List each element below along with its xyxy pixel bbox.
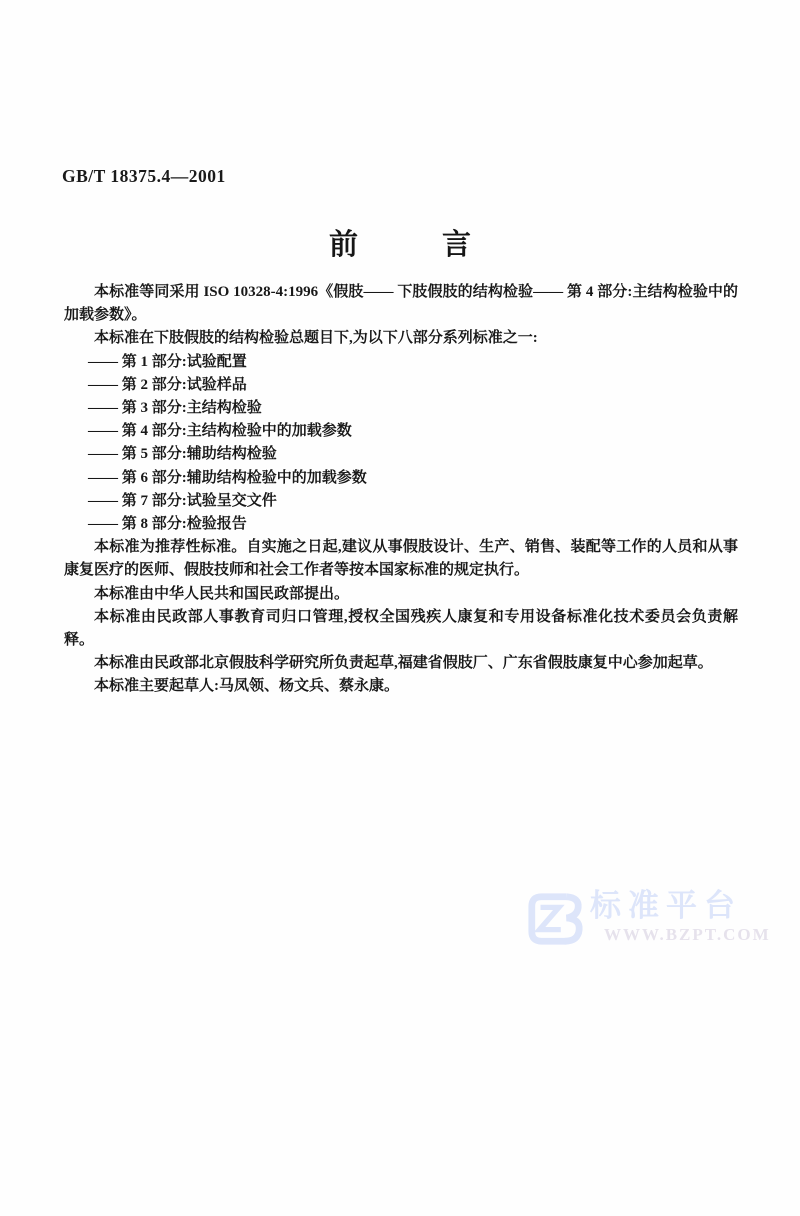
- series-item-8: —— 第 8 部分:检验报告: [64, 513, 738, 536]
- paragraph-proposed-by: 本标准由中华人民共和国民政部提出。: [64, 583, 738, 606]
- watermark: 标准平台 WWW.BZPT.COM: [526, 889, 771, 947]
- paragraph-managed-by: 本标准由民政部人事教育司归口管理,授权全国残疾人康复和专用设备标准化技术委员会负…: [64, 606, 738, 652]
- watermark-brand: 标准平台: [590, 889, 771, 923]
- document-body: 本标准等同采用 ISO 10328-4:1996《假肢—— 下肢假肢的结构检验—…: [64, 281, 738, 699]
- series-item-5: —— 第 5 部分:辅助结构检验: [64, 443, 738, 466]
- series-item-6: —— 第 6 部分:辅助结构检验中的加载参数: [64, 467, 738, 490]
- paragraph-recommended: 本标准为推荐性标准。自实施之日起,建议从事假肢设计、生产、销售、装配等工作的人员…: [64, 536, 738, 582]
- page-title: 前言: [0, 229, 800, 262]
- series-item-7: —— 第 7 部分:试验呈交文件: [64, 490, 738, 513]
- paragraph-drafters: 本标准主要起草人:马凤领、杨文兵、蔡永康。: [64, 675, 738, 698]
- watermark-text: 标准平台 WWW.BZPT.COM: [590, 889, 771, 945]
- series-list: —— 第 1 部分:试验配置 —— 第 2 部分:试验样品 —— 第 3 部分:…: [64, 351, 738, 537]
- standard-number: GB/T 18375.4—2001: [62, 166, 226, 187]
- paragraph-adoption: 本标准等同采用 ISO 10328-4:1996《假肢—— 下肢假肢的结构检验—…: [64, 281, 738, 327]
- document-page: GB/T 18375.4—2001 前言 本标准等同采用 ISO 10328-4…: [0, 0, 800, 1216]
- series-item-3: —— 第 3 部分:主结构检验: [64, 397, 738, 420]
- title-char-qian: 前: [329, 229, 358, 261]
- bzpt-logo-icon: [526, 889, 584, 947]
- series-item-2: —— 第 2 部分:试验样品: [64, 374, 738, 397]
- watermark-url: WWW.BZPT.COM: [604, 925, 771, 945]
- series-item-4: —— 第 4 部分:主结构检验中的加载参数: [64, 420, 738, 443]
- paragraph-series-intro: 本标准在下肢假肢的结构检验总题目下,为以下八部分系列标准之一:: [64, 327, 738, 350]
- paragraph-drafted-by: 本标准由民政部北京假肢科学研究所负责起草,福建省假肢厂、广东省假肢康复中心参加起…: [64, 652, 738, 675]
- series-item-1: —— 第 1 部分:试验配置: [64, 351, 738, 374]
- title-char-yan: 言: [442, 229, 471, 261]
